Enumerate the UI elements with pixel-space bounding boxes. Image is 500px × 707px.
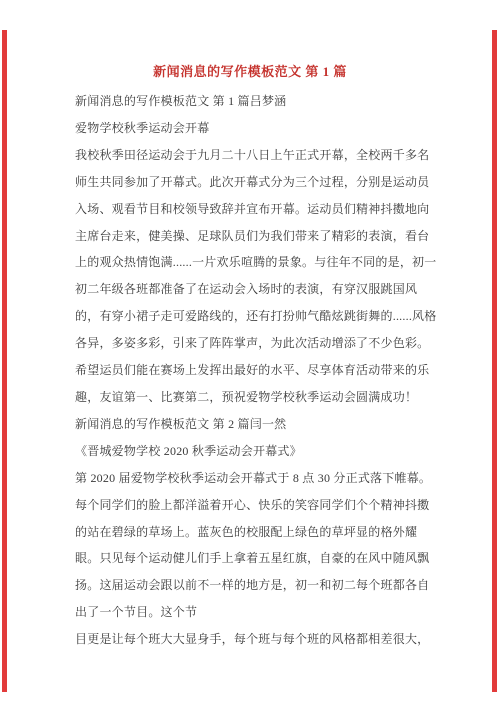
document-page: 新闻消息的写作模板范文 第 1 篇 新闻消息的写作模板范文 第 1 篇吕梦涵爱物… xyxy=(0,0,500,707)
text-line: 出了一个节目。这个节 xyxy=(75,599,435,626)
left-red-accent-bar xyxy=(2,30,7,692)
text-line: 眼。只见每个运动健儿们手上拿着五星红旗，自豪的在风中随风飘 xyxy=(75,545,435,572)
right-red-accent-bar xyxy=(492,30,497,692)
text-line: 第 2020 届爱物学校秋季运动会开幕式于 8 点 30 分正式落下帷幕。 xyxy=(75,465,435,492)
text-line: 的，有穿小裙子走可爱路线的，还有打扮帅气酷炫跳街舞的......风格 xyxy=(75,303,435,330)
text-line: 初二年级各班都准备了在运动会入场时的表演，有穿汉服跳国风 xyxy=(75,276,435,303)
text-line: 的站在碧绿的草场上。蓝灰色的校服配上绿色的草坪显的格外耀 xyxy=(75,519,435,546)
text-line: 新闻消息的写作模板范文 第 2 篇闫一然 xyxy=(75,411,435,438)
text-line: 希望运员们能在赛场上发挥出最好的水平、尽享体育活动带来的乐 xyxy=(75,357,435,384)
text-line: 我校秋季田径运动会于九月二十八日上午正式开幕，全校两千多名 xyxy=(75,142,435,169)
article-body: 新闻消息的写作模板范文 第 1 篇吕梦涵爱物学校秋季运动会开幕我校秋季田径运动会… xyxy=(75,88,435,653)
text-line: 新闻消息的写作模板范文 第 1 篇吕梦涵 xyxy=(75,88,435,115)
text-line: 趣，友谊第一、比赛第二，预祝爱物学校秋季运动会圆满成功！ xyxy=(75,384,435,411)
article-title: 新闻消息的写作模板范文 第 1 篇 xyxy=(0,62,500,82)
text-line: 主席台走来，健美操、足球队员们为我们带来了精彩的表演，看台 xyxy=(75,223,435,250)
text-line: 每个同学们的脸上都洋溢着开心、快乐的笑容同学们个个精神抖擞 xyxy=(75,492,435,519)
text-line: 《晋城爱物学校 2020 秋季运动会开幕式》 xyxy=(75,438,435,465)
text-line: 扬。这届运动会跟以前不一样的地方是，初一和初二每个班都各自 xyxy=(75,572,435,599)
text-line: 目更是让每个班大大显身手，每个班与每个班的风格都相差很大， xyxy=(75,626,435,653)
text-line: 各异，多姿多彩，引来了阵阵掌声，为此次活动增添了不少色彩。 xyxy=(75,330,435,357)
text-line: 爱物学校秋季运动会开幕 xyxy=(75,115,435,142)
text-line: 入场、观看节目和校领导致辞并宣布开幕。运动员们精神抖擞地向 xyxy=(75,196,435,223)
text-line: 师生共同参加了开幕式。此次开幕式分为三个过程，分别是运动员 xyxy=(75,169,435,196)
text-line: 上的观众热情饱满......一片欢乐喧腾的景象。与往年不同的是，初一 xyxy=(75,249,435,276)
